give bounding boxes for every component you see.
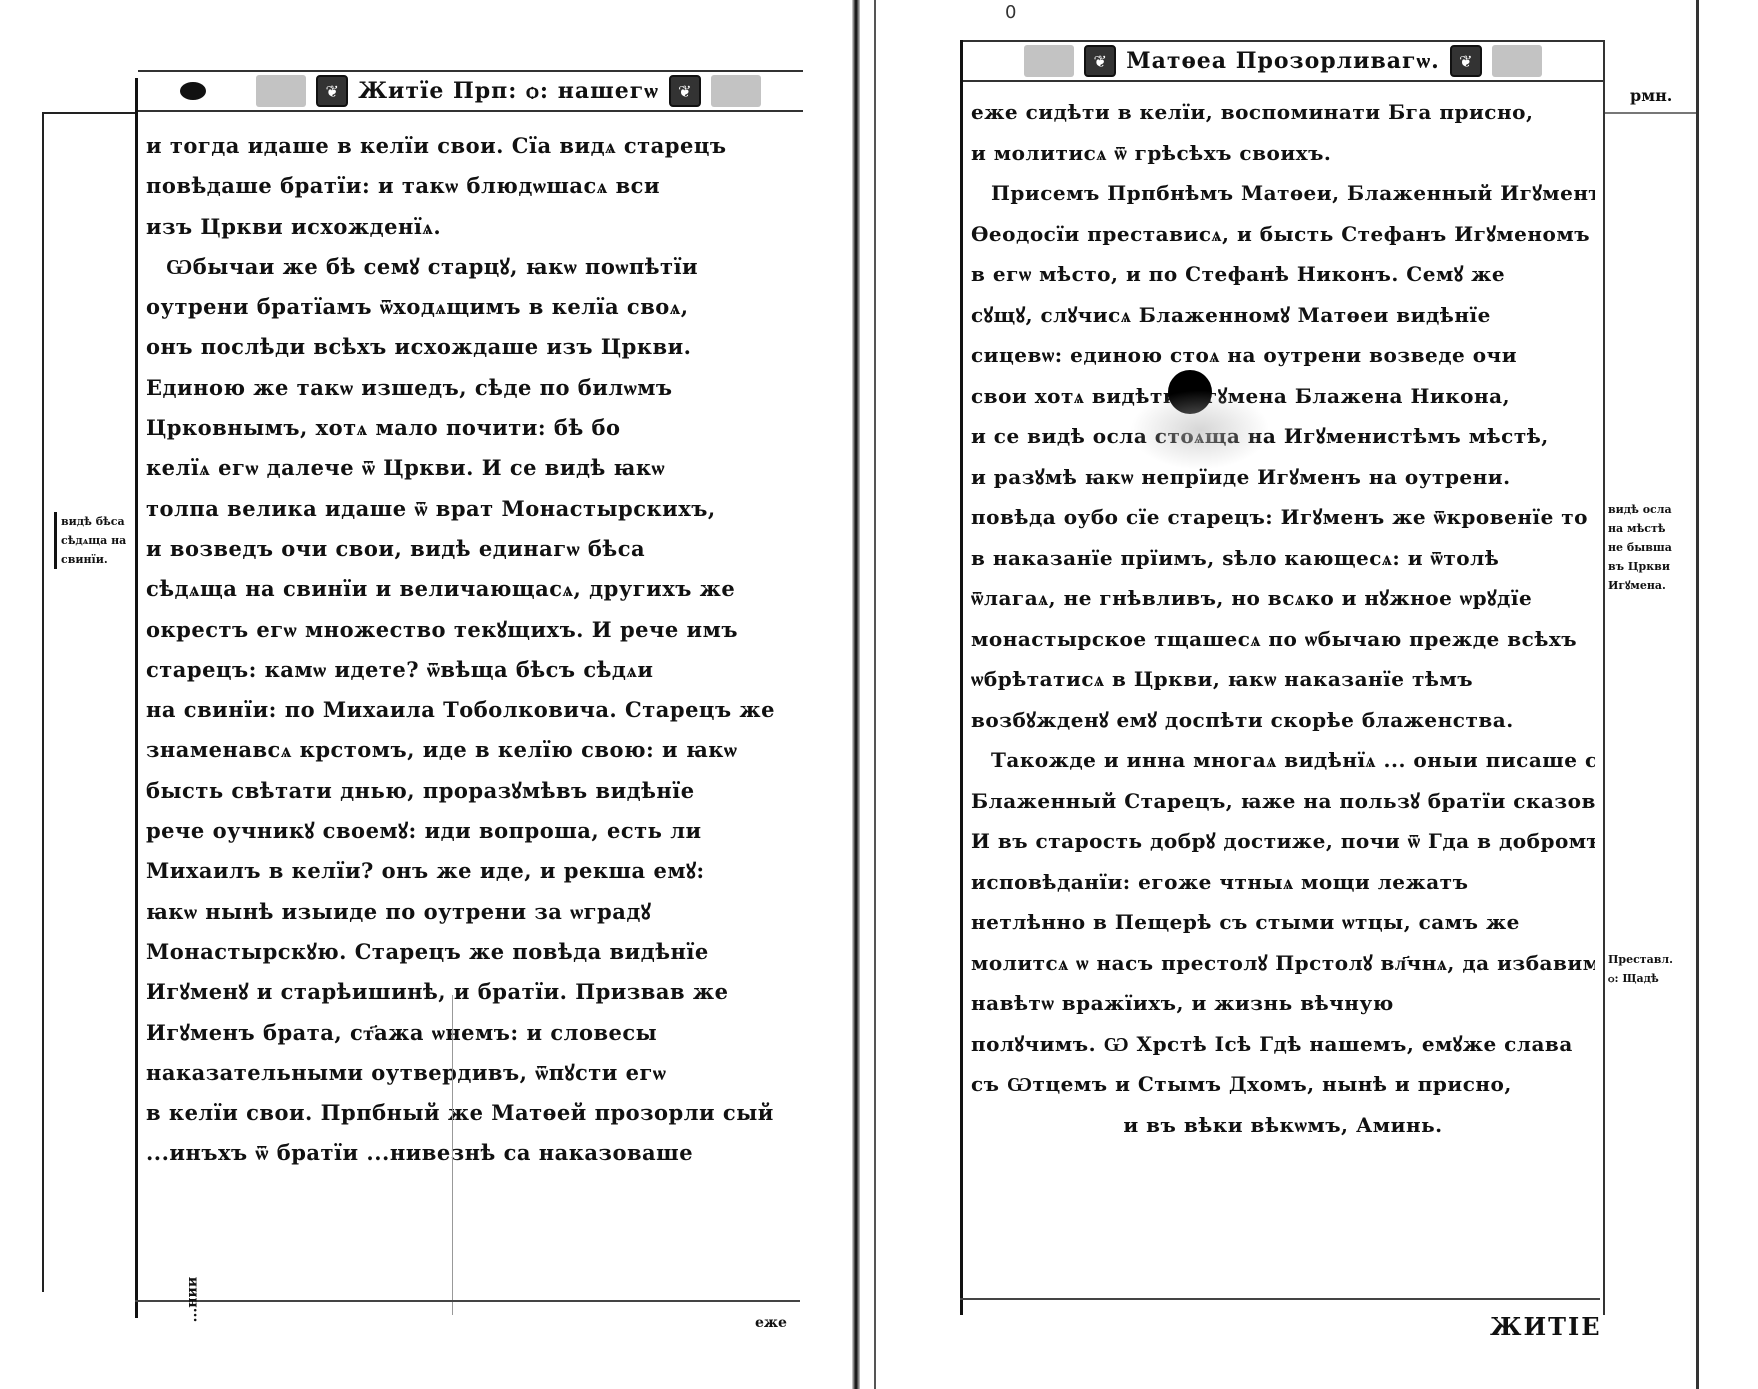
text-line: келїѧ егѡ далече ѿ Цркви. И се видѣ ꙗкѡ (146, 448, 795, 488)
text-line: Блаженный Старецъ, ꙗже на пользꙋ братїи … (971, 781, 1595, 822)
right-page: ❦ Матѳеа Прозорливагѡ. ❦ еже сидѣти в ке… (960, 40, 1605, 1315)
smudge (1492, 45, 1542, 77)
text-line: сицевѡ: единою стоѧ на оутрени возведе о… (971, 335, 1595, 376)
text-line: навѣтѡ вражїихъ, и жизнь вѣчную (971, 983, 1595, 1024)
text-line: и разꙋмѣ ꙗкѡ непрїиде Игꙋменъ на оутрени… (971, 457, 1595, 498)
text-line: молитсѧ ѡ насъ престолꙋ Прстолꙋ вл҃чнѧ, … (971, 943, 1595, 984)
text-line: Ѳеодосїи престависѧ, и бысть Стефанъ Игꙋ… (971, 214, 1595, 255)
margin-note-line: свинїи. (61, 550, 143, 569)
ornament-left-icon: ❦ (316, 75, 348, 107)
text-line: в егѡ мѣсто, и по Стефанѣ Никонъ. Семꙋ ж… (971, 254, 1595, 295)
text-line: бысть свѣтати днью, проразꙋмѣвъ видѣнїе (146, 771, 795, 811)
text-line: И въ старость добрꙋ достиже, почи ѿ Гда … (971, 821, 1595, 862)
text-line: Присемъ Прпбнѣмъ Матѳеи, Блаженный Игꙋме… (971, 173, 1595, 214)
margin-note-line: Игꙋмена. (1608, 576, 1696, 595)
left-page: ❦ Житїе Прп: ѻ: нашегѡ ❦ и тогда идаше в… (135, 78, 803, 1318)
right-margin-note-1: видѣ осла на мѣстѣ не бывша въ Цркви Игꙋ… (1608, 500, 1696, 595)
text-line: на свинїи: по Михаила Тоболковича. Старе… (146, 690, 795, 730)
right-margin-rule (1603, 112, 1696, 114)
right-catchword: ЖИТІЕ (1490, 1312, 1602, 1341)
text-line: и се видѣ осла стоѧща на Игꙋменистѣмъ мѣ… (971, 416, 1595, 457)
smudge (711, 75, 761, 107)
paper-tear (452, 995, 453, 1315)
text-line: изъ Цркви исхожденїѧ. (146, 207, 795, 247)
left-margin-fragment: ...нии (183, 1277, 202, 1323)
text-line: сѣдѧща на свинїи и величающасѧ, другихъ … (146, 569, 795, 609)
left-margin-note: видѣ бѣса сѣдѧща на свинїи. (54, 512, 143, 569)
text-line: Ѡбычаи же бѣ семꙋ старцꙋ, ꙗкѡ поѡпѣтїи (146, 247, 795, 287)
text-line: толпа велика идаше ѿ врат Монастырскихъ, (146, 489, 795, 529)
text-line: и тогда идаше в келїи свои. Сїа видѧ ста… (146, 126, 795, 166)
smudge (256, 75, 306, 107)
ornament-right-icon: ❦ (669, 75, 701, 107)
right-page-text: еже сидѣти в келїи, воспоминати Бга прис… (971, 92, 1595, 1145)
top-mark: 0 (1005, 2, 1016, 23)
left-margin-top-rule (42, 112, 135, 114)
margin-note-line: видѣ осла (1608, 500, 1696, 519)
ornament-left-icon: ❦ (1084, 45, 1116, 77)
text-line: еже сидѣти в келїи, воспоминати Бга прис… (971, 92, 1595, 133)
left-margin-rule (42, 112, 44, 1292)
margin-note-line: ѻ: Щадѣ (1608, 969, 1696, 988)
left-page-text: и тогда идаше в келїи свои. Сїа видѧ ста… (146, 126, 795, 1174)
running-title: Житїе Прп: ѻ: нашегѡ (358, 78, 659, 104)
text-line: нетлѣнно в Пещерѣ съ стыми ѡтцы, самъ же (971, 902, 1595, 943)
left-catchword: еже (755, 1315, 787, 1331)
margin-note-line: въ Цркви (1608, 557, 1696, 576)
text-line: Единою же такѡ изшедъ, сѣде по билѡмъ (146, 368, 795, 408)
left-bottom-rule (135, 1300, 800, 1302)
margin-note-line: не бывша (1608, 538, 1696, 557)
text-line: и въ вѣки вѣкѡмъ, Аминь. (971, 1105, 1595, 1146)
right-margin-note-2: Преставл. ѻ: Щадѣ (1608, 950, 1696, 988)
text-line: ꙗкѡ нынѣ изыиде по оутрени за ѡградꙋ (146, 892, 795, 932)
margin-note-line: сѣдѧща на (61, 531, 143, 550)
text-line: сꙋщꙋ, слꙋчисѧ Блаженномꙋ Матѳеи видѣнїе (971, 295, 1595, 336)
text-line: исповѣданїи: егоже чтныѧ мощи лежатъ (971, 862, 1595, 903)
right-outer-rule (1696, 0, 1699, 1389)
text-line: ѿлагаѧ, не гнѣвливъ, но всѧко и нꙋжное ѡ… (971, 578, 1595, 619)
text-line: наказательными оутвердивъ, ѿпꙋсти егѡ (146, 1053, 795, 1093)
right-page-header: ❦ Матѳеа Прозорливагѡ. ❦ (963, 40, 1603, 82)
text-line: повѣда оубо сїе старецъ: Игꙋменъ же ѿкро… (971, 497, 1595, 538)
text-line: Михаилъ в келїи? онъ же иде, и рекша емꙋ… (146, 851, 795, 891)
text-line: старецъ: камѡ идете? ѿвѣща бѣсъ сѣдѧи (146, 650, 795, 690)
text-line: монастырское тщашесѧ по ѡбычаю прежде вс… (971, 619, 1595, 660)
text-line: ...инъхъ ѿ братїи ...нивезнѣ са наказова… (146, 1133, 795, 1173)
text-line: оутрени братїамъ ѿходѧщимъ в келїа своѧ, (146, 287, 795, 327)
text-line: Игꙋменꙋ и старѣишинѣ, и братїи. Призвав … (146, 972, 795, 1012)
text-line: свои хотѧ видѣти Игꙋмена Блажена Никона, (971, 376, 1595, 417)
running-title: Матѳеа Прозорливагѡ. (1126, 48, 1440, 74)
text-line: Игꙋменъ брата, ст҃ажа ѡнемъ: и словесы (146, 1013, 795, 1053)
text-line: повѣдаше братїи: и такѡ блюдѡшасѧ вси (146, 166, 795, 206)
text-line: Такожде и инна многаѧ видѣнїѧ ... оныи п… (971, 740, 1595, 781)
folio-number: рмн. (1630, 86, 1672, 105)
text-line: Црковнымъ, хотѧ мало почити: бѣ бо (146, 408, 795, 448)
text-line: съ Ѡтцемъ и Стымъ Дхомъ, нынѣ и присно, (971, 1064, 1595, 1105)
text-line: ѡбрѣтатисѧ в Цркви, ꙗкѡ наказанїе тѣмъ (971, 659, 1595, 700)
text-line: и возведъ очи свои, видѣ единагѡ бѣса (146, 529, 795, 569)
text-line: полꙋчимъ. Ѡ Хрстѣ Ісѣ Гдѣ нашемъ, емꙋже … (971, 1024, 1595, 1065)
text-line: окрестъ егѡ множество текꙋщихъ. И рече и… (146, 610, 795, 650)
text-line: знаменавсѧ крстомъ, иде в келїю свою: и … (146, 730, 795, 770)
text-line: рече оучникꙋ своемꙋ: иди вопроша, есть л… (146, 811, 795, 851)
book-gutter (852, 0, 860, 1389)
margin-note-line: Преставл. (1608, 950, 1696, 969)
text-line: возбꙋжденꙋ емꙋ доспѣти скорѣе блаженства… (971, 700, 1595, 741)
text-line: и молитисѧ ѿ грѣсѣхъ своихъ. (971, 133, 1595, 174)
ornament-right-icon: ❦ (1450, 45, 1482, 77)
water-stain (1130, 390, 1270, 470)
margin-note-line: на мѣстѣ (1608, 519, 1696, 538)
book-gutter-line (874, 0, 876, 1389)
manuscript-spread: 0 ❦ Житїе Прп: ѻ: нашегѡ ❦ и тогда идаше… (0, 0, 1758, 1389)
right-bottom-rule (960, 1298, 1600, 1300)
text-line: в наказанїе прїимъ, ѕѣло кающесѧ: и ѿтол… (971, 538, 1595, 579)
text-line: онъ послѣди всѣхъ исхождаше изъ Цркви. (146, 327, 795, 367)
smudge (1024, 45, 1074, 77)
left-page-header: ❦ Житїе Прп: ѻ: нашегѡ ❦ (138, 70, 803, 112)
margin-note-line: видѣ бѣса (61, 512, 143, 531)
ink-blot (180, 82, 206, 100)
text-line: Монастырскꙋю. Старецъ же повѣда видѣнїе (146, 932, 795, 972)
text-line: в келїи свои. Прпбный же Матѳей прозорли… (146, 1093, 795, 1133)
